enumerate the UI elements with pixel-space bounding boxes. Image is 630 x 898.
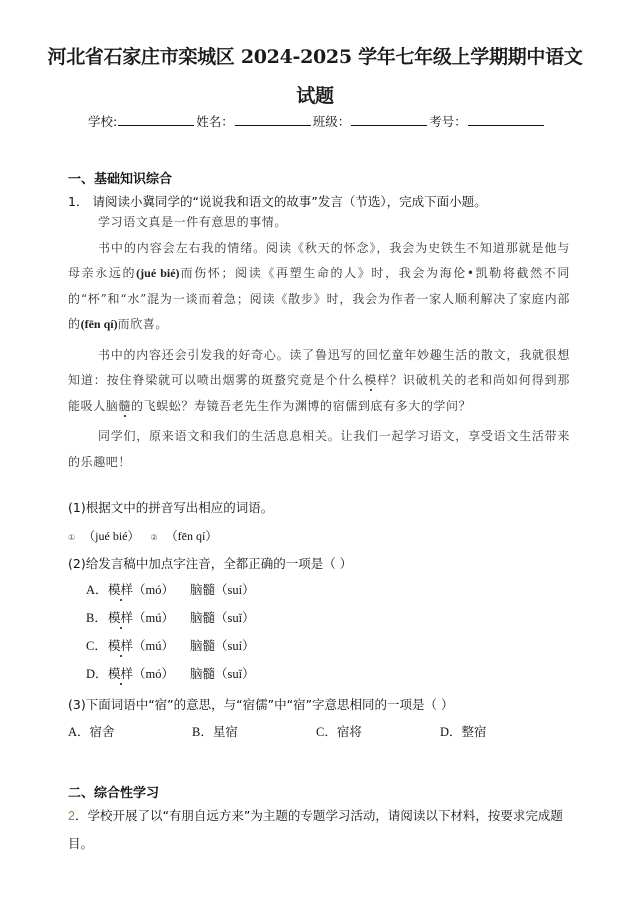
- option-word: 模样: [108, 582, 133, 597]
- option-3c[interactable]: C．宿将: [316, 722, 362, 740]
- option-word-2: 脑髓: [190, 638, 215, 653]
- document-title-line2: 试题: [0, 81, 630, 108]
- option-letter: D．: [86, 664, 108, 682]
- option-pinyin-2: （suǐ）: [215, 611, 255, 625]
- option-pinyin-2: （suǐ）: [215, 667, 255, 681]
- name-field[interactable]: [235, 114, 311, 126]
- document-title: 河北省石家庄市栾城区 2024-2025 学年七年级上学期期中语文: [0, 42, 630, 69]
- option-word-2: 脑髓: [190, 666, 215, 681]
- passage-paragraph-2: 书中的内容会左右我的情绪。阅读《秋天的怀念》，我会为史铁生不知道那就是他与母亲永…: [68, 236, 570, 338]
- option-word: 模样: [108, 610, 133, 625]
- option-2c[interactable]: C．模样（mú）脑髓（suí）: [86, 636, 255, 654]
- option-word: 模样: [108, 638, 133, 653]
- option-2a[interactable]: A．模样（mó）脑髓（suí）: [86, 580, 255, 598]
- option-3a[interactable]: A．宿舍: [68, 722, 115, 740]
- school-field[interactable]: [118, 114, 194, 126]
- option-letter: D．: [440, 725, 462, 739]
- question-text: ．学校开展了以“有朋自远方来”为主题的专题学习活动，请阅读以下材料，按要求完成题: [75, 808, 563, 823]
- option-word-2: 脑髓: [190, 610, 215, 625]
- option-word: 模样: [108, 666, 133, 681]
- option-text: 宿舍: [90, 724, 115, 739]
- option-letter: A．: [86, 580, 108, 598]
- option-3b[interactable]: B．星宿: [192, 722, 238, 740]
- option-2d[interactable]: D．模样（mó）脑髓（suǐ）: [86, 664, 255, 682]
- passage-paragraph-4: 同学们，原来语文和我们的生活息息相关。让我们一起学习语文，享受语文生活带来的乐趣…: [68, 424, 570, 475]
- option-pinyin: （mó）: [133, 583, 174, 597]
- circled-number-2: ②: [151, 533, 158, 542]
- subquestion-2-prompt: (2)给发言稿中加点字注音，全都正确的一项是（ ）: [68, 554, 352, 572]
- option-pinyin: （mó）: [133, 667, 174, 681]
- name-label: 姓名：: [196, 114, 234, 129]
- exam-page: 河北省石家庄市栾城区 2024-2025 学年七年级上学期期中语文 试题 学校:…: [0, 0, 630, 898]
- option-3d[interactable]: D．整宿: [440, 722, 487, 740]
- option-letter: C．: [86, 636, 108, 654]
- exam-number-label: 考号：: [429, 114, 467, 129]
- option-letter: A．: [68, 725, 90, 739]
- student-info-line: 学校:姓名：班级：考号：: [88, 112, 546, 130]
- pinyin-blank-1: (jué bié): [136, 266, 179, 280]
- section-heading-1: 一、基础知识综合: [68, 168, 172, 187]
- passage-text: 而欣喜。: [118, 317, 168, 331]
- option-text: 星宿: [213, 724, 238, 739]
- passage-paragraph-1: 学习语文真是一件有意思的事情。: [68, 210, 570, 236]
- circled-number-1: ①: [68, 533, 75, 542]
- option-word-2: 脑髓: [190, 582, 215, 597]
- option-pinyin: （mú）: [133, 611, 174, 625]
- option-letter: C．: [316, 725, 337, 739]
- pinyin-answer-blank-2[interactable]: （fēn qí）: [166, 529, 218, 543]
- subquestion-1-prompt: (1)根据文中的拼音写出相应的词语。: [68, 498, 273, 516]
- option-text: 整宿: [462, 724, 487, 739]
- passage-text: 的飞蜈蚣？寿镜吾老先生作为渊博的宿儒到底有多大的学问？: [131, 399, 471, 413]
- subquestion-1-blanks: ①（jué bié） ②（fēn qí）: [68, 527, 225, 544]
- reading-passage: 学习语文真是一件有意思的事情。 书中的内容会左右我的情绪。阅读《秋天的怀念》，我…: [68, 210, 570, 475]
- option-letter: B．: [192, 725, 213, 739]
- dotted-char-sui: 髓: [118, 399, 131, 413]
- option-letter: B．: [86, 608, 108, 626]
- school-label: 学校:: [88, 114, 117, 129]
- question-number: 1．: [68, 194, 88, 209]
- pinyin-answer-blank-1[interactable]: （jué bié）: [83, 529, 139, 543]
- exam-number-field[interactable]: [468, 114, 544, 126]
- section-heading-2: 二、综合性学习: [68, 782, 159, 801]
- option-pinyin-2: （suí）: [215, 583, 255, 597]
- pinyin-blank-2: (fēn qí): [81, 317, 118, 331]
- option-pinyin: （mú）: [133, 639, 174, 653]
- question-number: 2: [68, 809, 75, 823]
- option-2b[interactable]: B．模样（mú）脑髓（suǐ）: [86, 608, 255, 626]
- subquestion-3-prompt: (3)下面词语中“宿”的意思，与“宿儒”中“宿”字意思相同的一项是（ ）: [68, 695, 454, 713]
- question-2-prompt: 2．学校开展了以“有朋自远方来”为主题的专题学习活动，请阅读以下材料，按要求完成…: [68, 806, 575, 824]
- question-2-prompt-continued: 目。: [68, 834, 575, 852]
- question-1-prompt: 1．请阅读小冀同学的“说说我和语文的故事”发言（节选），完成下面小题。: [68, 192, 575, 210]
- dotted-char-mo: 模: [364, 373, 377, 387]
- question-text: 请阅读小冀同学的“说说我和语文的故事”发言（节选），完成下面小题。: [92, 194, 486, 209]
- passage-paragraph-3: 书中的内容还会引发我的好奇心。读了鲁迅写的回忆童年妙趣生活的散文，我就很想知道：…: [68, 343, 570, 420]
- option-pinyin-2: （suí）: [215, 639, 255, 653]
- class-label: 班级：: [313, 114, 351, 129]
- class-field[interactable]: [351, 114, 427, 126]
- option-text: 宿将: [337, 724, 362, 739]
